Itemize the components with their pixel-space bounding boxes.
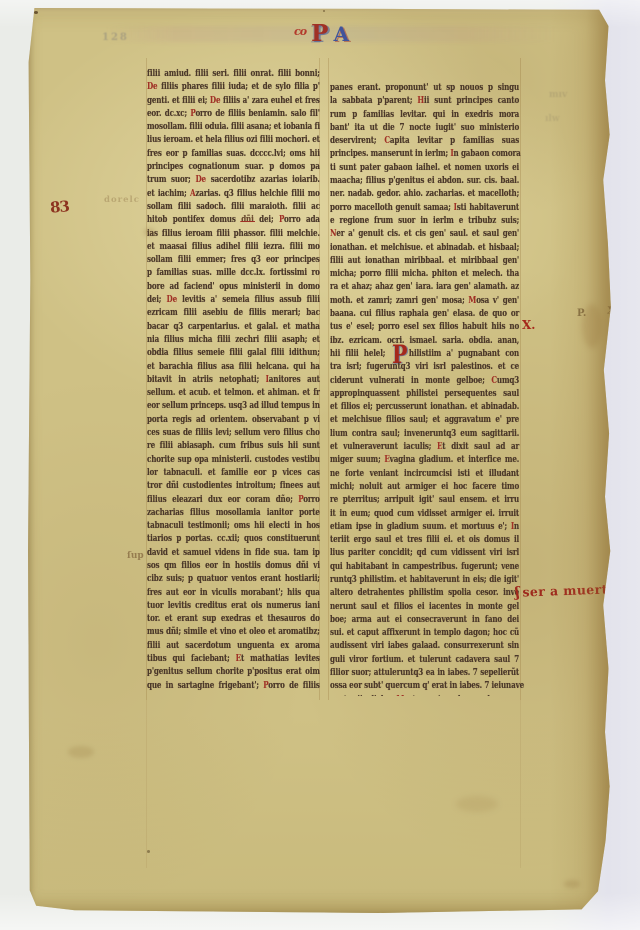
text-line: teriit ergo saul et tres filii ei. et oi… bbox=[330, 534, 519, 547]
text-line: et maasai filius adihel filii iezra. fil… bbox=[147, 241, 320, 254]
text-line: que in sartagine frigebant'; Porro de fi… bbox=[147, 680, 320, 693]
text-line: re pterritus; arripuit igit' saul ensem.… bbox=[330, 494, 519, 507]
stain bbox=[147, 850, 150, 853]
text-line: tror dñi custodientes introitum; finees … bbox=[147, 480, 320, 493]
margin-note-flourish: ʃ bbox=[515, 585, 518, 601]
text-line: guli viror fortium. et tulerunt cadavera… bbox=[330, 654, 519, 667]
text-line: filii aut ionathan miribbaal. et miribba… bbox=[330, 255, 519, 268]
text-line: principes cognationum suar. p domos pa bbox=[147, 161, 320, 174]
manuscript-leaf: co P A filii amiud. filii seri. filii on… bbox=[28, 8, 612, 913]
text-line: filius eleazari dux eor coram dño; Porro bbox=[147, 494, 320, 507]
text-line: bacar q3 carpentarius. et galal. et math… bbox=[147, 321, 320, 334]
text-line: p'genitus sellum chorite p'positus erat … bbox=[147, 666, 320, 679]
text-line: sui. et caput affixerunt in templo dagon… bbox=[330, 627, 519, 640]
text-line: tus e' esel; porro esel sex filios habui… bbox=[330, 321, 519, 334]
text-line: baana. cui filius raphaia gen' elasa. de… bbox=[330, 308, 519, 321]
text-line: altero detrahentes philistim spolia ceso… bbox=[330, 587, 519, 600]
top-right-faint-note: ılw bbox=[545, 114, 560, 124]
text-line: trum suor; De sacerdotibz azarias ioiari… bbox=[147, 174, 320, 187]
text-line: ciderunt vulnerati in monte gelboe; Cumq… bbox=[330, 375, 519, 388]
text-line: appropinquassent philistei persequentes … bbox=[330, 388, 519, 401]
text-line: david et samuel videns in fide sua. tam … bbox=[147, 547, 320, 560]
text-line: sellum. et acub. et telmon. et ahiman. e… bbox=[147, 387, 320, 400]
text-line: filii amiud. filii seri. filii onrat. fi… bbox=[147, 68, 320, 81]
stain bbox=[34, 11, 38, 14]
text-line: porta regis ad orientem. observabant p v… bbox=[147, 414, 320, 427]
text-line: mosollam. filii oduia. filii asana; et i… bbox=[147, 121, 320, 134]
text-line: la sabbata p'parent; Hii sunt principes … bbox=[330, 95, 519, 108]
text-line: tabnaculi testimonii; oms hii electi in … bbox=[147, 520, 320, 533]
text-line: chorite sup opa ministerii. custodes ves… bbox=[147, 454, 320, 467]
text-line: Ner a' genuit cis. et cis gen' saul. et … bbox=[330, 228, 519, 241]
text-line: moth. et zamri; zamri gen' mosa; Mosa v'… bbox=[330, 295, 519, 308]
text-line: tra isrl; fugeruntq3 viri isrl palestino… bbox=[330, 361, 519, 374]
stain bbox=[68, 746, 94, 758]
top-right-faint-note: mıv bbox=[549, 90, 567, 100]
ruling-line bbox=[146, 700, 147, 868]
text-line: nia filius micha filii zechri filii asap… bbox=[147, 334, 320, 347]
text-line: tiarios p portas. cc.xii; quos constitue… bbox=[147, 533, 320, 546]
text-line: bore ad faciend' opus ministerii in domo bbox=[147, 281, 320, 294]
text-line: sollam filii emmer; fres q3 eor principe… bbox=[147, 254, 320, 267]
stain bbox=[323, 10, 325, 12]
text-line: ionathan. et melchisue. et abinadab. et … bbox=[330, 242, 519, 255]
left-margin-faint-note: dorelc bbox=[104, 195, 140, 205]
text-line: miger suum; Evagina gladium. et interfic… bbox=[330, 454, 519, 467]
text-line: tuor levitis creditus erat ois numerus i… bbox=[147, 600, 320, 613]
text-line: sos qm filios eor in hostiis domus dñi v… bbox=[147, 560, 320, 573]
text-line: maacha; filius p'genitus ei abdon. sur. … bbox=[330, 175, 519, 188]
text-line: eor. dc.xc; Porro de filiis beniamin. sa… bbox=[147, 108, 320, 121]
text-line: fres eor p familias suas. dcccc.lvi; oms… bbox=[147, 148, 320, 161]
text-line: cibz suis; p quatuor ventos erant hostia… bbox=[147, 573, 320, 586]
text-line: filii aut sacerdotum unguenta ex aroma bbox=[147, 640, 320, 653]
text-line: fres aut eor in viculis morabant'; hiis … bbox=[147, 587, 320, 600]
running-title-letter-p: P bbox=[311, 20, 328, 47]
text-line: e regione frum suor in ierlm e tribubz s… bbox=[330, 215, 519, 228]
text-line: bitavit in atriis netophati; Ianitores a… bbox=[147, 374, 320, 387]
text-line: runt .vii. diebz; Mortuus e' saul. eo qd… bbox=[330, 694, 519, 696]
text-line: hii filii helel; Philistiim a' pugnabant… bbox=[330, 348, 519, 361]
text-line: p familias suas. mille dcc.lx. fortissim… bbox=[147, 267, 320, 280]
text-line: lium contra saul; inveneruntq3 eum sagit… bbox=[330, 428, 519, 441]
guide-letter-x: X bbox=[606, 306, 615, 318]
text-column-left: filii amiud. filii seri. filii onrat. fi… bbox=[147, 68, 359, 696]
running-title: co P A bbox=[294, 20, 349, 54]
text-line: sollam filii sadoch. filii maraioth. fil… bbox=[147, 201, 320, 214]
text-column-right: panes erant. proponunt' ut sp nouos p si… bbox=[330, 82, 562, 696]
text-line: filior suor; attuleruntq3 ea in iabes. 7… bbox=[330, 667, 519, 680]
margin-note-text: ser a muerto bbox=[522, 581, 617, 599]
text-line: hitob pontifex domus dñi dei; Porro ada bbox=[147, 214, 320, 227]
text-line: it in eum; quod cum vidisset armiger ei.… bbox=[330, 508, 519, 521]
left-margin-small-note: ſup bbox=[127, 551, 144, 561]
text-line: mus dñi; simile et vino et oleo et aroma… bbox=[147, 626, 320, 639]
text-line: ces suas de filiis levi; sellum vero fil… bbox=[147, 427, 320, 440]
text-line: ti sunt pater gabaon iaihel. et nomen ux… bbox=[330, 162, 519, 175]
text-line: re filii abiasaph. cum fribus suis hii s… bbox=[147, 440, 320, 453]
text-line: deservirent; Capita levitar p familias s… bbox=[330, 135, 519, 148]
text-line: et melchisue filios saul; et aggravatum … bbox=[330, 414, 519, 427]
text-line: ner. nadab. gedor. ahio. zacharias. et m… bbox=[330, 188, 519, 201]
text-line: runtq3 philistim. et habitaverunt in eis… bbox=[330, 574, 519, 587]
text-line: et vulneraverunt iaculis; Et dixit saul … bbox=[330, 441, 519, 454]
text-line: principes. manserunt in ierlm; In gabaon… bbox=[330, 148, 519, 161]
guide-letter-p: P. bbox=[577, 308, 586, 319]
text-line: obdia filius semeie filii galal filii id… bbox=[147, 347, 320, 360]
running-title-flourish: co bbox=[294, 25, 306, 38]
text-line: etiam ipse in gladium suum. et mortuus e… bbox=[330, 521, 519, 534]
text-line: dei; De levitis a' semeia filius assub f… bbox=[147, 294, 320, 307]
text-line: ne forte veniant incircumcisi isti et il… bbox=[330, 468, 519, 481]
text-line: tibus qui faciebant; Et mathatias levite… bbox=[147, 653, 320, 666]
text-line: eor sellum princeps. usq3 ad illud tempu… bbox=[147, 400, 320, 413]
text-line: et barachia filius asa filii helcana. qu… bbox=[147, 361, 320, 374]
text-line: audissent viri iabes galaad. consurrexer… bbox=[330, 640, 519, 653]
text-line: michi; noluit aut armiger ei hoc facere … bbox=[330, 481, 519, 494]
text-line: lius pariter concidit; qd cum vidissent … bbox=[330, 547, 519, 560]
text-line: panes erant. proponunt' ut sp nouos p si… bbox=[330, 82, 519, 95]
text-line: ezricam filii asebiu de filiis merari; b… bbox=[147, 307, 320, 320]
text-line: rum p familias levitar. qui in exedris m… bbox=[330, 109, 519, 122]
bottom-right-margin-note: ʃ ser a muerto bbox=[515, 581, 617, 601]
text-line: tor. et erant sup exedras et thesauros d… bbox=[147, 613, 320, 626]
chapter-number-x: X. bbox=[522, 318, 536, 332]
ruling-line bbox=[520, 700, 521, 868]
text-line: zacharias filius mosollamia ianitor port… bbox=[147, 507, 320, 520]
text-line: et iachim; Azarias. q3 filius helchie fi… bbox=[147, 188, 320, 201]
text-line: porro macelloth genuit samaa; Isti habit… bbox=[330, 202, 519, 215]
stain bbox=[564, 880, 580, 888]
text-line: ias filius ieroam filii phassor. filii m… bbox=[147, 228, 320, 241]
stain bbox=[456, 796, 498, 812]
text-line: ibz. ezricam. ocri. ismael. saria. obdia… bbox=[330, 335, 519, 348]
text-line: lor tabnaculi. et familie eor p vices ca… bbox=[147, 467, 320, 480]
running-title-letter-a: A bbox=[334, 22, 350, 46]
text-line: lius ieroam. et hela filius ozi filii mo… bbox=[147, 134, 320, 147]
left-margin-red-mark: 83 bbox=[49, 197, 69, 217]
text-line: genti. et filii ei; De filiis a' zara eu… bbox=[147, 95, 320, 108]
scan-background: co P A filii amiud. filii seri. filii on… bbox=[0, 0, 640, 930]
text-line: bant' ita ut die 7 nocte iugit' suo mini… bbox=[330, 122, 519, 135]
text-line: et filios ei; percusserunt ionathan. et … bbox=[330, 401, 519, 414]
text-line: boe; arma aut ei consecraverunt in fano … bbox=[330, 614, 519, 627]
folio-number-pencil: 128 bbox=[102, 32, 129, 43]
text-line: qui habitabant in campestribus. fugerunt… bbox=[330, 561, 519, 574]
text-line: De filiis phares filii iuda; et de sylo … bbox=[147, 81, 320, 94]
text-line: ra et ahaz; ahaz gen' iara. iara gen' al… bbox=[330, 281, 519, 294]
text-line: micha; porro filii micha. phiton et mele… bbox=[330, 268, 519, 281]
text-line: ossa eor subt' quercum q' erat in iabes.… bbox=[330, 680, 519, 693]
text-line: nerunt saul et filios ei iacentes in mon… bbox=[330, 601, 519, 614]
